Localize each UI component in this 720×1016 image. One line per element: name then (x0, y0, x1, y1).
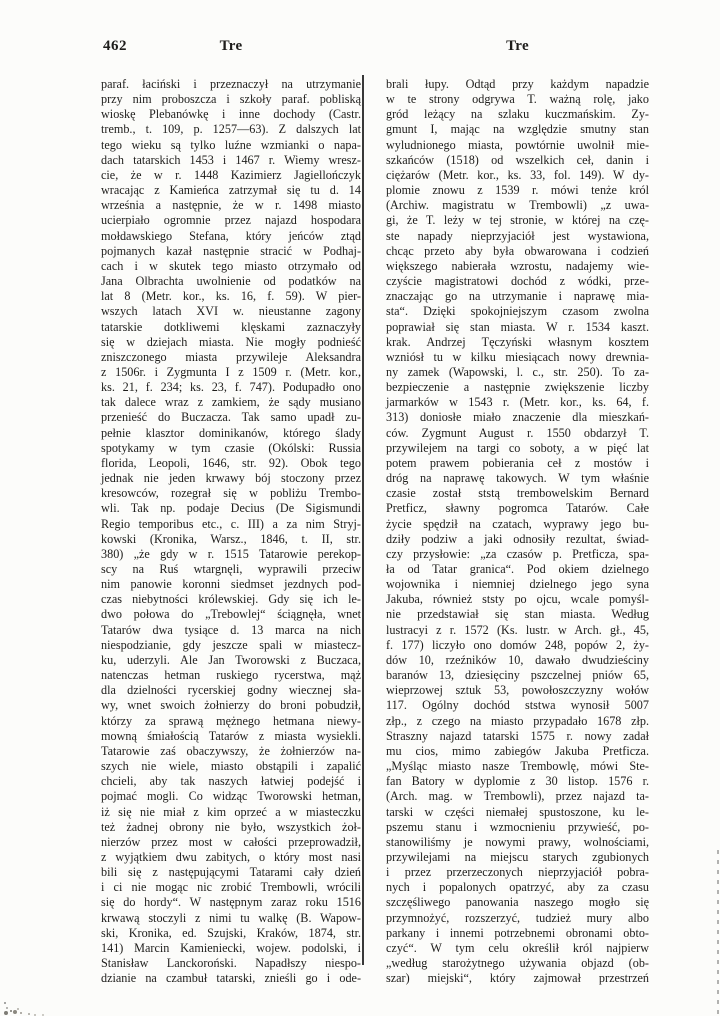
text-line: przenieść do Buczacza. Tak samo upadł zu… (101, 410, 361, 425)
text-line: krak. Andrzej Tęczyński własnym kosztem (386, 335, 649, 350)
text-line: bezpieczenie a następnie zwiększenie lic… (386, 380, 649, 395)
text-line: wy, wnet swoich żołnierzy do broni pobud… (101, 698, 361, 713)
text-line: ski, Kronika, ed. Szujski, Kraków, 1874,… (101, 926, 361, 941)
text-line: Jakuba, również ststy po ojcu, wcale pom… (386, 592, 649, 607)
text-line: mowną śmiałością Tatarów z miasta wysiek… (101, 729, 361, 744)
text-line: dróg na naprawę takowych. W tym właśnie (386, 471, 649, 486)
text-line: cie, że w r. 1448 Kazimierz Jagiellończy… (101, 168, 361, 183)
text-line: f. 177) liczyło ono domów 248, popów 2, … (386, 638, 649, 653)
right-text-column: brali łupy. Odtąd przy każdym napadzie w… (386, 77, 649, 986)
text-line: Tatarów dwa tysiące d. 13 marca na nich (101, 623, 361, 638)
text-line: też żadnej obrony nie było, wszystkich ż… (101, 820, 361, 835)
text-line: i ci nie mogąc nic zrobić Trembowli, wró… (101, 880, 361, 895)
text-line: dziły podziw a jaki odnosiły rezultat, ś… (386, 532, 649, 547)
text-line: nim panowie koronni siedmset jezdnych po… (101, 577, 361, 592)
text-line: przymnożyć, rozszerzyć, tudzież mury alb… (386, 911, 649, 926)
text-line: gród leżący na szlaku kuczmańskim. Zy- (386, 107, 649, 122)
text-line: dla dzielności rycerskiej godny wiecznej… (101, 683, 361, 698)
text-line: i przez przerzeczonych nieprzyjaciół pob… (386, 865, 649, 880)
text-line: przy nim proboszcza i szkoły paraf. pobl… (101, 92, 361, 107)
text-line: z 1506r. i Zygmunta I z 1509 r. (Metr. k… (101, 365, 361, 380)
text-line: fan Batory w dyplomie z 30 listop. 1576 … (386, 774, 649, 789)
text-line: mu cios, mimo zabiegów Jakuba Pretficza. (386, 744, 649, 759)
text-line: się w dziejach miasta. Nie mogły podnieś… (101, 335, 361, 350)
text-line: lustracyi z r. 1572 (Ks. lustr. w Arch. … (386, 623, 649, 638)
text-line: jednak nie jeden krwawy bój stoczony prz… (101, 471, 361, 486)
text-line: natenczas hetman ruskiego rycerstwa, mąż (101, 668, 361, 683)
text-line: tatarskie dotkliwemi klęskami zaznaczyły (101, 320, 361, 335)
text-line: sta“. Dzięki spokojniejszym czasom zwoln… (386, 304, 649, 319)
text-line: krwawą stoczyli z nimi tu walkę (B. Wapo… (101, 911, 361, 926)
text-line: gi, że T. leży w tej stronie, w której n… (386, 213, 649, 228)
text-line: 313) doniosłe miało znaczenie dla mieszk… (386, 410, 649, 425)
text-line: nie przedstawiał się stan miasta. Według (386, 607, 649, 622)
column-divider-rule (362, 75, 364, 965)
scanned-book-page: 462 Tre Tre paraf. łaciński i przeznaczy… (0, 0, 720, 1016)
text-line: cach i w skutek tego miasto otrzymało od (101, 259, 361, 274)
text-line: Pretficz, sławny pogromca Tatarów. Całe (386, 501, 649, 516)
text-line: dzianie na czambuł tatarski, znieśli go … (101, 971, 361, 986)
left-text-column: paraf. łaciński i przeznaczył na utrzyma… (101, 77, 361, 986)
text-line: iż się nie miał z kim oprzeć a w miastec… (101, 805, 361, 820)
text-line: 380) „że gdy w r. 1515 Tatarowie perekop… (101, 547, 361, 562)
text-line: pojmanych kazał następnie stracić w Podh… (101, 244, 361, 259)
text-line: lat 8 (Metr. kor., ks. 16, f. 59). W pie… (101, 289, 361, 304)
text-line: pszemu stanu i wzmocnieniu przywieść, po… (386, 820, 649, 835)
text-line: (Arch. mag. w Trembowli), przez najazd t… (386, 789, 649, 804)
text-line: mołdawskiego Stefana, który jeńców ztąd (101, 229, 361, 244)
text-line: czyć“. W tym celu określił król najpierw (386, 941, 649, 956)
text-line: gmunt I, mając na względzie smutny stan (386, 122, 649, 137)
text-line: nych i popalonych opatrzyć, aby za czasu (386, 880, 649, 895)
text-line: spotykamy w tym czasie (Okólski: Russia (101, 441, 361, 456)
text-line: szych nie wiele, miasto obstąpili i zapa… (101, 759, 361, 774)
text-line: szkańców (1518) od wszelkich ceł, danin … (386, 153, 649, 168)
text-line: szczęśliwego panowania naszego mogło się (386, 895, 649, 910)
text-line: przywilejami na miejscu starych zgubiony… (386, 850, 649, 865)
text-line: wojownika i niemniej dzielnego jego syna (386, 577, 649, 592)
text-line: Tatarowie zaś obaczywszy, że żołnierzów … (101, 744, 361, 759)
text-line: Stanisław Lanckoroński. Napadłszy niespo… (101, 956, 361, 971)
text-line: 117. Ogólny dochód ststwa wynosił 5007 (386, 698, 649, 713)
text-line: poprawiał się stan miasta. W r. 1534 kas… (386, 320, 649, 335)
text-line: Straszny najazd tatarski 1575 r. nowy za… (386, 729, 649, 744)
text-line: wieprzowej sztuk 53, powołoszczyzny wołó… (386, 683, 649, 698)
text-line: września a następnie, że w r. 1498 miast… (101, 198, 361, 213)
text-line: ku, uderzyli. Ale Jan Tworowski z Buczac… (101, 653, 361, 668)
text-line: ucierpiało ogromnie przez najazd hospoda… (101, 213, 361, 228)
text-line: dów 10, rzeźników 10, dawało dwudzieścin… (386, 653, 649, 668)
text-line: florida, Leopoli, 1646, str. 92). Obok t… (101, 456, 361, 471)
text-line: (Archiw. magistratu w Trembowli) „z uwa- (386, 198, 649, 213)
text-line: ciężarów (Metr. kor., ks. 33, fol. 149).… (386, 168, 649, 183)
text-line: wioskę Plebanówkę i inne dochody (Castr. (101, 107, 361, 122)
text-line: w te strony odgrywa T. ważną rolę, jako (386, 92, 649, 107)
text-line: złp., z czego na miasto przypadało 1678 … (386, 714, 649, 729)
text-line: ny zamek (Wapowski, l. c., str. 250). To… (386, 365, 649, 380)
text-line: chcąc przeto aby była obwarowana i codzi… (386, 244, 649, 259)
text-line: dach tatarskich 1453 i 1467 r. Wiemy wre… (101, 153, 361, 168)
scan-speckle-artifact (4, 1002, 6, 1004)
text-line: kresowców, rozegrał się w pobliżu Trembo… (101, 486, 361, 501)
text-line: Regio temporibus etc., c. III) a za nim … (101, 517, 361, 532)
text-line: kowski (Kronika, Warsz., 1846, t. II, st… (101, 532, 361, 547)
text-line: zniszczonego miasta przywileje Aleksandr… (101, 350, 361, 365)
text-line: chcieli, aby tak naszych łatwiej podejść… (101, 774, 361, 789)
text-line: jarmarków w 1543 r. (Metr. kor., ks. 64,… (386, 395, 649, 410)
text-line: szar) miejski“, który zajmował przestrze… (386, 971, 649, 986)
text-line: czasie został ststą trembowelskim Bernar… (386, 486, 649, 501)
text-line: tremb., t. 109, p. 1257—63). Z dalszych … (101, 122, 361, 137)
text-line: się do hordy“. W następnym zaraz roku 15… (101, 895, 361, 910)
text-line: nierzów przez most w całości przeprowadz… (101, 835, 361, 850)
text-line: życie spędził na czatach, wyprawy jego b… (386, 517, 649, 532)
text-line: plomie znowu z 1539 r. mówi tenże król (386, 183, 649, 198)
text-line: którzy za sprawą mężnego hetmana niewy- (101, 714, 361, 729)
text-line: bili się z następującymi Tatarami cały d… (101, 865, 361, 880)
text-line: wli. Tak np. podaje Decius (De Sigismund… (101, 501, 361, 516)
text-line: z wyjątkiem dwu zabitych, o który most n… (101, 850, 361, 865)
text-line: ców. Zygmunt August r. 1550 obdarzył T. (386, 426, 649, 441)
text-line: znaczając go na utrzymanie i naprawę mia… (386, 289, 649, 304)
text-line: „według starożytnego używania objazd (ob… (386, 956, 649, 971)
text-line: tarski w części niemałej spustoszone, ku… (386, 805, 649, 820)
text-line: wszych latach XVI w. nieustanne zagony (101, 304, 361, 319)
text-line: scy na Ruś wtargnęli, wyprawili przeciw (101, 562, 361, 577)
text-line: paraf. łaciński i przeznaczył na utrzyma… (101, 77, 361, 92)
text-line: większego nabierała wzrostu, nadajemy wi… (386, 259, 649, 274)
text-line: potem prawem pobierania ceł z mostów i (386, 456, 649, 471)
text-line: czy przysłowie: „za czasów p. Pretficza,… (386, 547, 649, 562)
text-line: 141) Marcin Kamieniecki, wojew. podolski… (101, 941, 361, 956)
text-line: pełnie klasztor dominikanów, którego śla… (101, 426, 361, 441)
text-line: dwo połowa do „Trebowlej“ ściągnęła, wne… (101, 607, 361, 622)
text-line: niespodzianie, gdy jeszcze spali w miast… (101, 638, 361, 653)
scan-edge-artifact (717, 850, 719, 1016)
text-line: parkany i innemi potrzebnemi obronami ob… (386, 926, 649, 941)
page-header: 462 Tre Tre (0, 38, 720, 58)
text-line: tak dalece wraz z zamkiem, że sądy musia… (101, 395, 361, 410)
text-line: Jana Olbrachta uwolnienie od podatków na (101, 274, 361, 289)
text-line: brali łupy. Odtąd przy każdym napadzie (386, 77, 649, 92)
text-line: pojmać mogli. Co widząc Tworowski hetman… (101, 789, 361, 804)
text-line: czas niebytności królewskiej. Gdy się ic… (101, 592, 361, 607)
text-line: wracając z Kamieńca zatrzymał się tu d. … (101, 183, 361, 198)
text-line: wzniósł tu w kilku miesiącach nowy drewn… (386, 350, 649, 365)
text-line: wyludnionego miasta, powtórnie uwolnił m… (386, 138, 649, 153)
text-line: ks. 21, f. 234; ks. 23, f. 747). Podupad… (101, 380, 361, 395)
text-line: „Myśląc miasto nasze Trembowlę, mówi Ste… (386, 759, 649, 774)
running-title-left-column: Tre (101, 38, 361, 55)
text-line: ła od Tatar granica“. Pod okiem dzielneg… (386, 562, 649, 577)
text-line: stanowiliśmy je nowymi prawy, wolnościam… (386, 835, 649, 850)
text-line: czyście magistratowi dochód z wódki, prz… (386, 274, 649, 289)
running-title-right-column: Tre (386, 38, 649, 55)
text-line: tego wieku są tylko luźne wzmianki o nap… (101, 138, 361, 153)
text-line: ste napady nieprzyjaciół jest wystawiona… (386, 229, 649, 244)
text-line: przywilejem na targi co soboty, a w pięć… (386, 441, 649, 456)
text-line: baranów 13, dziesięciny pszczelnej pniów… (386, 668, 649, 683)
